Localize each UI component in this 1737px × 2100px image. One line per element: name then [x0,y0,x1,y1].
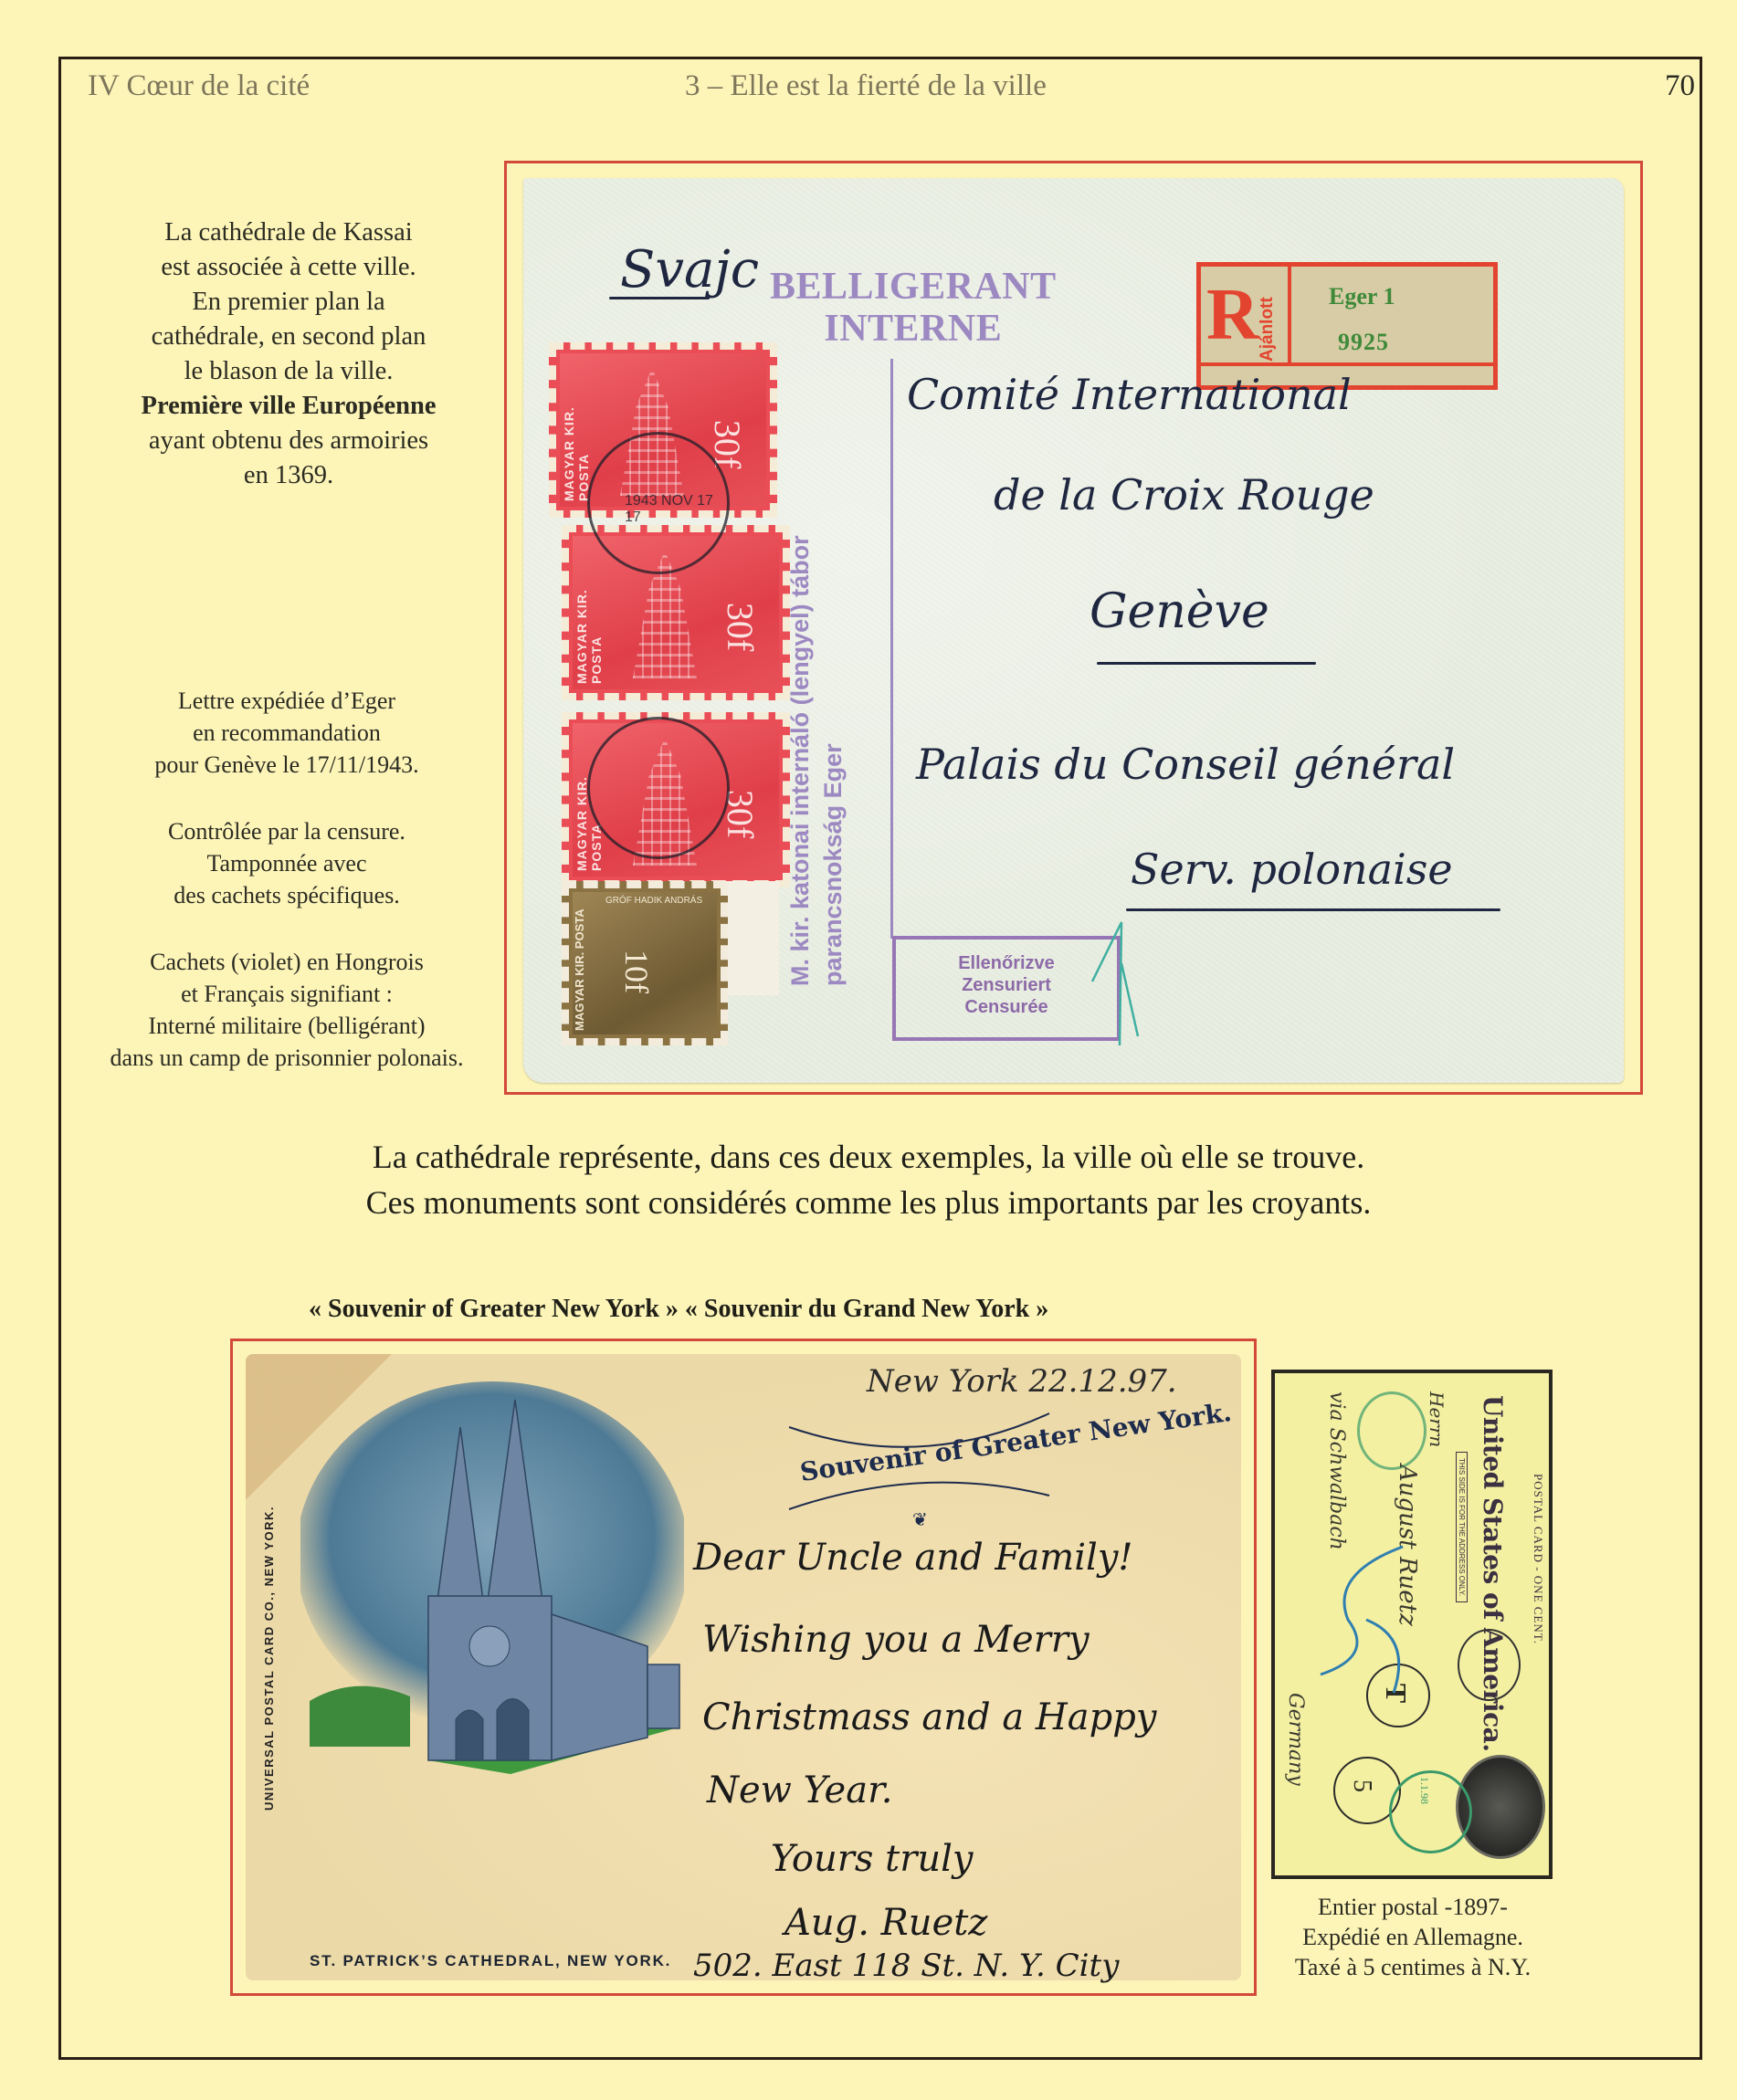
description-line: Tamponnée avec [68,847,506,879]
address-line: Germany [1284,1693,1307,1786]
cachet-line: parancsnokság Eger [816,356,849,986]
address-underline [1097,662,1316,665]
cachet-line: Zensuriert [896,974,1117,996]
caption-line: Entier postal -1897- [1262,1892,1563,1922]
section-title: 3 – Elle est la fierté de la ville [685,69,1047,103]
summary-line: Ces monuments sont considérés comme les … [0,1181,1737,1223]
cachet-rule [890,359,893,939]
intro-line: le blason de la ville. [82,354,495,389]
due-amount: 5 [1347,1780,1376,1792]
message-line: Wishing you a Merry [702,1619,1090,1661]
cathedral-illustration [300,1372,684,1774]
description-line: et Français signifiant : [68,978,506,1010]
censor-pencil-mark [1085,918,1140,1045]
cachet-line: BELLIGERANT [770,266,1057,308]
cachet-line: M. kir. katonai internáló (lengyel) tábo… [784,356,816,986]
caption-line: Expédié en Allemagne. [1262,1922,1563,1952]
intro-line: est associée à cette ville. [82,250,495,285]
description-line: dans un camp de prisonnier polonais. [68,1042,506,1074]
postcard-dateline: New York 22.12.97. [867,1363,1177,1400]
intro-text: La cathédrale de Kassai est associée à c… [82,215,495,493]
address-line: Palais du Conseil général [916,740,1455,789]
postcard-mat: UNIVERSAL POSTAL CARD CO., NEW YORK. [230,1339,1257,1996]
letter-description: Lettre expédiée d’Eger en recommandation… [68,685,506,1074]
description-line: Lettre expédiée d’Eger [68,685,506,717]
spacer [68,781,506,815]
caption-line: Taxé à 5 centimes à N.Y. [1262,1952,1563,1982]
belligerant-cachet: BELLIGERANT INTERNE [770,266,1057,350]
message-line: Yours truly [771,1838,973,1880]
signature: Aug. Ruetz [784,1902,987,1944]
stamp-subject: GRÓF HADIK ANDRÁS [605,896,702,906]
postmark [587,717,730,859]
description-line: Interné militaire (belligérant) [68,1010,506,1042]
postmark-date: 1.1.98 [1417,1777,1431,1804]
transit-postmark [1458,1629,1521,1701]
page-number: 70 [1665,69,1695,103]
stamp-value: 10f [617,950,656,993]
souvenir-postcard: UNIVERSAL POSTAL CARD CO., NEW YORK. [246,1354,1241,1980]
address-underline [1126,908,1500,911]
illustration-caption: ST. PATRICK’S CATHEDRAL, NEW YORK. [310,1952,671,1970]
intro-line: cathédrale, en second plan [82,320,495,354]
envelope-mat: Svajc BELLIGERANT INTERNE R Ajánlott Ege… [504,161,1643,1095]
us-postal-card-caption: Entier postal -1897- Expédié en Allemagn… [1262,1892,1563,1982]
address-line: Serv. polonaise [1131,845,1453,894]
publisher-imprint: UNIVERSAL POSTAL CARD CO., NEW YORK. [262,1500,276,1811]
address-line: Herrn [1426,1391,1447,1447]
camp-cachet: M. kir. katonai internáló (lengyel) tábo… [784,356,857,986]
postmark: 1943 NOV 17 17 [587,432,730,574]
postmark-date: 1943 NOV 17 17 [625,493,727,526]
registration-r: R [1206,274,1259,357]
svg-text:❦: ❦ [912,1510,928,1528]
message-line: New Year. [707,1769,893,1811]
address-only-note: THIS SIDE IS FOR THE ADDRESS ONLY. [1456,1452,1468,1602]
label-bar [1201,362,1493,366]
address-line: Comité International [907,370,1352,419]
chapter-title: IV Cœur de la cité [88,69,310,103]
green-postmark [1357,1391,1426,1470]
cachet-line: Ellenőrizve [896,952,1117,974]
registration-side-text: Ajánlott [1258,270,1278,362]
postal-card-header: POSTAL CARD - ONE CENT. [1531,1474,1545,1644]
address-line: via Schwalbach [1325,1391,1348,1550]
description-line: pour Genève le 17/11/1943. [68,749,506,781]
cachet-line: Censurée [896,996,1117,1018]
description-line: Cachets (violet) en Hongrois [68,946,506,978]
destination-country: Svajc [620,240,759,299]
intro-line: En premier plan la [82,285,495,320]
message-line: Dear Uncle and Family! [693,1537,1132,1579]
stamp-10f: GRÓF HADIK ANDRÁS MAGYAR KIR. POSTA 10f [562,881,728,1045]
stamp-country: MAGYAR KIR. POSTA [574,538,595,684]
us-postal-card: POSTAL CARD - ONE CENT. United States of… [1271,1370,1553,1879]
spacer [68,911,506,946]
description-line: Contrôlée par la censure. [68,815,506,847]
stamp-value: 30f [719,603,762,651]
sender-address: 502. East 118 St. N. Y. City [693,1948,1119,1984]
intro-bold-line: Première ville Européenne [82,389,495,424]
green-postmark: 1.1.98 [1389,1770,1472,1853]
registration-number: 9925 [1338,329,1389,356]
flourish-ornament: ❦ [784,1409,1058,1528]
description-line: en recommandation [68,717,506,749]
description-line: des cachets spécifiques. [68,879,506,911]
destination-underline [609,297,710,299]
stamp-country: MAGYAR KIR. POSTA [573,894,591,1031]
message-line: Christmass and a Happy [702,1696,1156,1738]
intro-line: La cathédrale de Kassai [82,215,495,250]
registered-envelope: Svajc BELLIGERANT INTERNE R Ajánlott Ege… [523,178,1624,1083]
registration-office: Eger 1 [1329,283,1395,310]
intro-line: ayant obtenu des armoiries [82,424,495,458]
intro-line: en 1369. [82,458,495,493]
summary-line: La cathédrale représente, dans ces deux … [0,1136,1737,1178]
stamp-country: MAGYAR KIR. POSTA [562,355,582,501]
cachet-line: INTERNE [770,308,1057,350]
blue-pencil-mark [1311,1538,1421,1702]
address-line: Genève [1090,584,1269,639]
postcard-caption: « Souvenir of Greater New York » « Souve… [309,1295,1048,1324]
address-line: de la Croix Rouge [994,470,1374,520]
